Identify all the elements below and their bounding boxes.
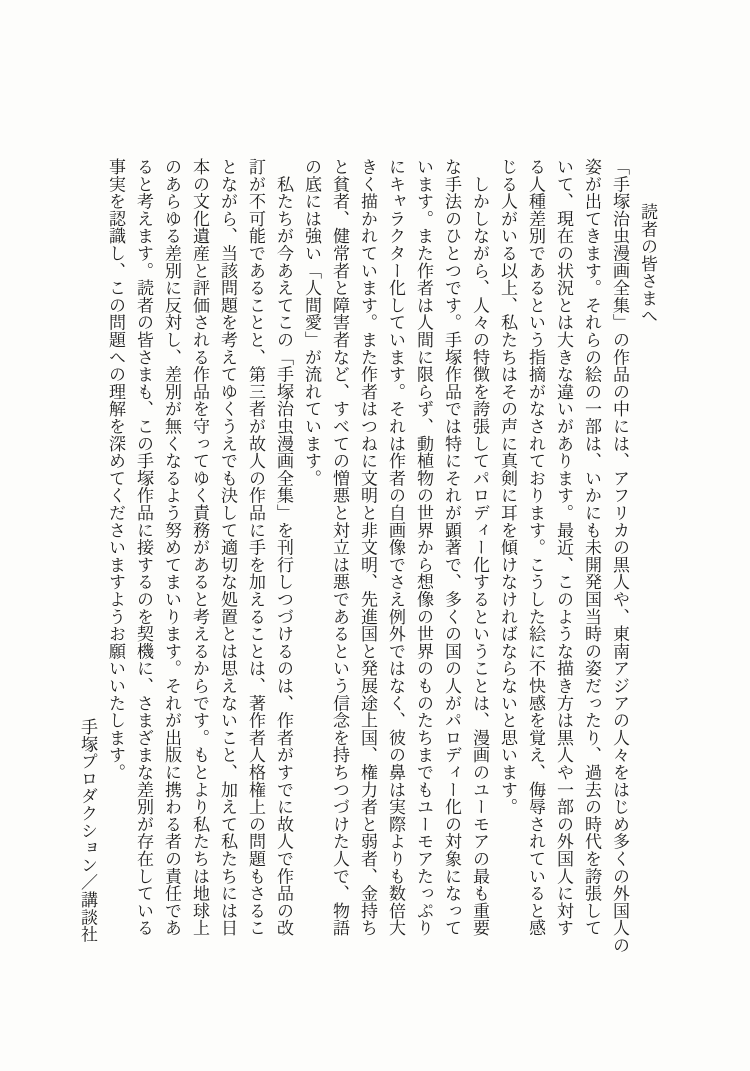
notice-paragraph-2: しかしながら、人々の特徴を誇張してパロディー化するということは、漫画のユーモアの… [297,158,493,958]
scanned-page: 読者の皆さまへ 「手塚治虫漫画全集」の作品の中には、アフリカの黒人や、東南アジア… [0,0,750,1071]
notice-paragraph-1: 「手塚治虫漫画全集」の作品の中には、アフリカの黒人や、東南アジアの人々をはじめ多… [493,158,633,958]
notice-title: 読者の皆さまへ [633,158,661,958]
notice-text-block: 読者の皆さまへ 「手塚治虫漫画全集」の作品の中には、アフリカの黒人や、東南アジア… [73,158,661,958]
notice-paragraph-3: 私たちが今あえてこの「手塚治虫漫画全集」を刊行しつづけるのは、作者がすでに故人で… [101,158,297,958]
publisher-signature: 手塚プロダクション／講談社 [73,158,101,958]
